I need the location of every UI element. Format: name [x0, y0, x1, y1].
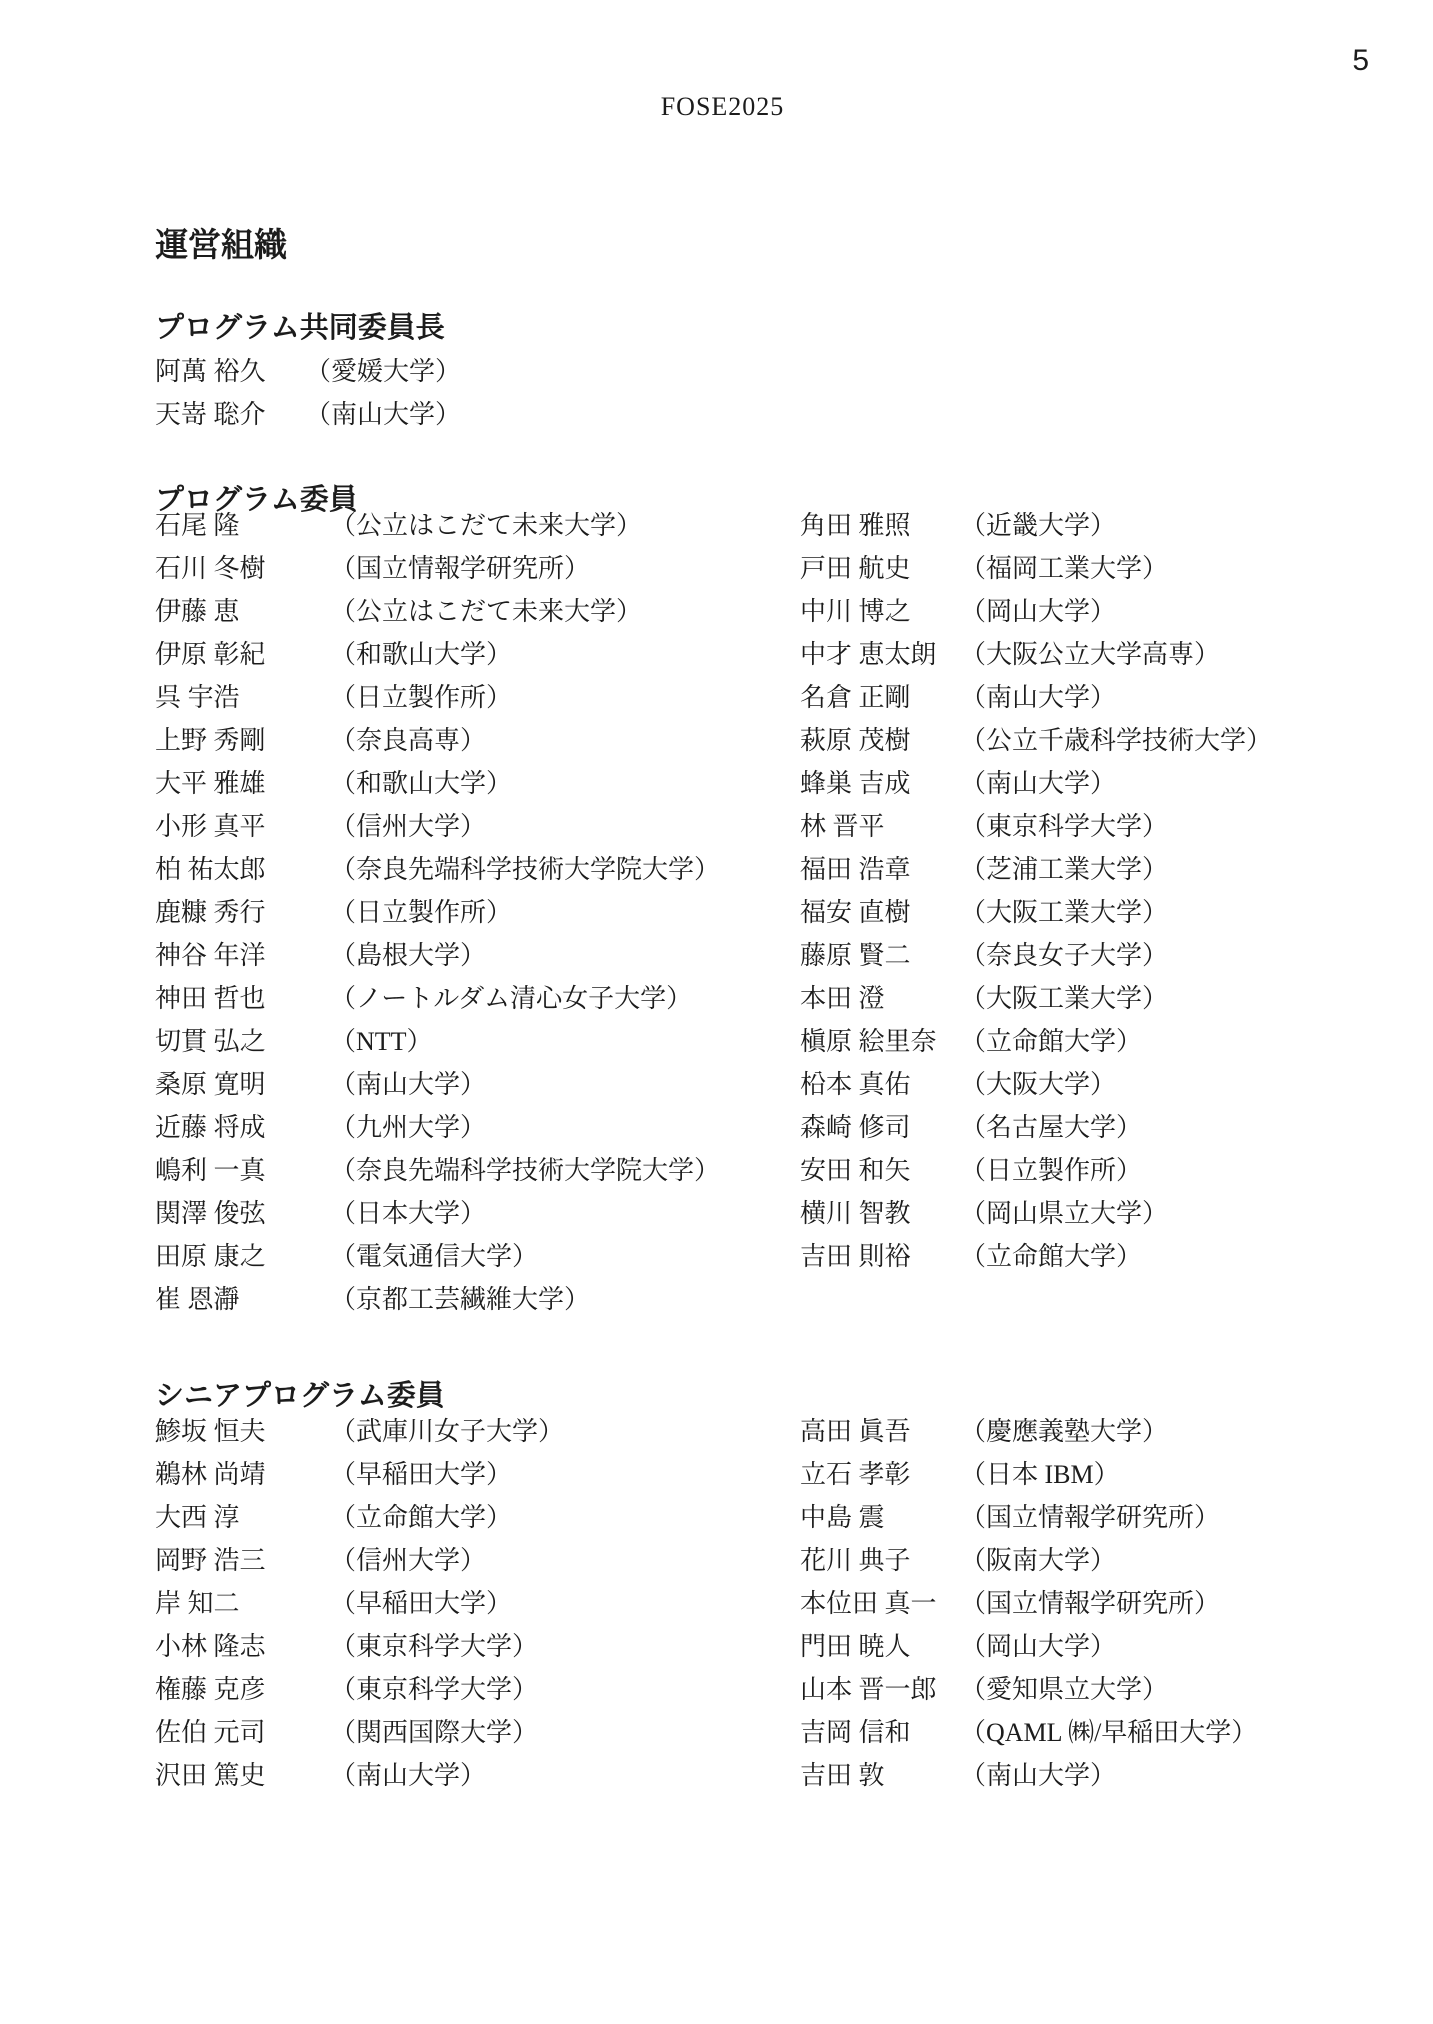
member-row: 角田 雅照（近畿大学） [800, 504, 1272, 547]
member-row: 中島 震（国立情報学研究所） [800, 1496, 1257, 1539]
member-name: 本田 澄 [800, 977, 960, 1020]
member-affiliation: （和歌山大学） [330, 762, 512, 805]
member-affiliation: （信州大学） [330, 1539, 486, 1582]
member-affiliation: （東京科学大学） [330, 1625, 538, 1668]
member-affiliation: （日本大学） [330, 1192, 486, 1235]
member-affiliation: （公立はこだて未来大学） [330, 590, 642, 633]
member-affiliation: （ノートルダム清心女子大学） [330, 977, 692, 1020]
member-affiliation: （奈良先端科学技術大学院大学） [330, 848, 720, 891]
member-row: 蜂巣 吉成（南山大学） [800, 762, 1272, 805]
member-affiliation: （早稲田大学） [330, 1582, 512, 1625]
member-affiliation: （電気通信大学） [330, 1235, 538, 1278]
member-row: 桑原 寛明（南山大学） [155, 1063, 720, 1106]
member-row: 佐伯 元司（関西国際大学） [155, 1711, 564, 1754]
member-row: 花川 典子（阪南大学） [800, 1539, 1257, 1582]
member-name: 横川 智教 [800, 1192, 960, 1235]
member-name: 柗本 真佑 [800, 1063, 960, 1106]
member-row: 柏 祐太郎（奈良先端科学技術大学院大学） [155, 848, 720, 891]
member-name: 呉 宇浩 [155, 676, 330, 719]
member-affiliation: （奈良女子大学） [960, 934, 1168, 977]
member-name: 岡野 浩三 [155, 1539, 330, 1582]
member-affiliation: （福岡工業大学） [960, 547, 1168, 590]
member-affiliation: （岡山大学） [960, 590, 1116, 633]
member-name: 上野 秀剛 [155, 719, 330, 762]
member-row: 吉田 則裕（立命館大学） [800, 1235, 1272, 1278]
member-name: 伊原 彰紀 [155, 633, 330, 676]
member-row: 本位田 真一（国立情報学研究所） [800, 1582, 1257, 1625]
member-name: 神谷 年洋 [155, 934, 330, 977]
member-row: 福田 浩章（芝浦工業大学） [800, 848, 1272, 891]
member-name: 中川 博之 [800, 590, 960, 633]
member-name: 角田 雅照 [800, 504, 960, 547]
member-name: 吉田 則裕 [800, 1235, 960, 1278]
member-row: 石尾 隆（公立はこだて未来大学） [155, 504, 720, 547]
member-row: 中才 恵太朗（大阪公立大学高専） [800, 633, 1272, 676]
member-row: 藤原 賢二（奈良女子大学） [800, 934, 1272, 977]
member-row: 本田 澄（大阪工業大学） [800, 977, 1272, 1020]
member-affiliation: （日本 IBM） [960, 1453, 1120, 1496]
member-affiliation: （岡山大学） [960, 1625, 1116, 1668]
member-row: 神田 哲也（ノートルダム清心女子大学） [155, 977, 720, 1020]
member-name: 槇原 絵里奈 [800, 1020, 960, 1063]
member-row: 関澤 俊弦（日本大学） [155, 1192, 720, 1235]
member-row: 林 晋平（東京科学大学） [800, 805, 1272, 848]
member-row: 福安 直樹（大阪工業大学） [800, 891, 1272, 934]
member-row: 横川 智教（岡山県立大学） [800, 1192, 1272, 1235]
member-row: 槇原 絵里奈（立命館大学） [800, 1020, 1272, 1063]
member-affiliation: （信州大学） [330, 805, 486, 848]
member-affiliation: （公立千歳科学技術大学） [960, 719, 1272, 762]
member-name: 阿萬 裕久 [155, 350, 305, 393]
member-name: 小林 隆志 [155, 1625, 330, 1668]
member-affiliation: （NTT） [330, 1020, 433, 1063]
member-row: 鯵坂 恒夫（武庫川女子大学） [155, 1410, 564, 1453]
member-affiliation: （日立製作所） [960, 1149, 1142, 1192]
member-row: 沢田 篤史（南山大学） [155, 1754, 564, 1797]
member-name: 吉田 敦 [800, 1754, 960, 1797]
member-row: 中川 博之（岡山大学） [800, 590, 1272, 633]
member-row: 田原 康之（電気通信大学） [155, 1235, 720, 1278]
member-affiliation: （日立製作所） [330, 676, 512, 719]
member-row: 大平 雅雄（和歌山大学） [155, 762, 720, 805]
section-heading-senior-program-committee: シニアプログラム委員 [155, 1382, 445, 1411]
member-name: 福安 直樹 [800, 891, 960, 934]
member-affiliation: （島根大学） [330, 934, 486, 977]
member-name: 蜂巣 吉成 [800, 762, 960, 805]
document-page: 5 FOSE2025 運営組織 プログラム共同委員長 阿萬 裕久（愛媛大学）天嵜… [0, 0, 1433, 2024]
member-row: 石川 冬樹（国立情報学研究所） [155, 547, 720, 590]
member-name: 神田 哲也 [155, 977, 330, 1020]
program-co-chairs-list: 阿萬 裕久（愛媛大学）天嵜 聡介（南山大学） [155, 350, 461, 436]
member-affiliation: （東京科学大学） [330, 1668, 538, 1711]
member-row: 柗本 真佑（大阪大学） [800, 1063, 1272, 1106]
member-name: 本位田 真一 [800, 1582, 960, 1625]
page-title: 運営組織 [155, 228, 287, 261]
member-name: 鹿糠 秀行 [155, 891, 330, 934]
member-row: 伊藤 恵（公立はこだて未来大学） [155, 590, 720, 633]
member-name: 嶋利 一真 [155, 1149, 330, 1192]
member-affiliation: （京都工芸繊維大学） [330, 1278, 590, 1321]
member-affiliation: （慶應義塾大学） [960, 1410, 1168, 1453]
senior-program-committee-right-column: 高田 眞吾（慶應義塾大学）立石 孝彰（日本 IBM）中島 震（国立情報学研究所）… [800, 1410, 1257, 1797]
member-name: 切貫 弘之 [155, 1020, 330, 1063]
member-name: 萩原 茂樹 [800, 719, 960, 762]
member-affiliation: （早稲田大学） [330, 1453, 512, 1496]
member-affiliation: （南山大学） [960, 1754, 1116, 1797]
member-name: 関澤 俊弦 [155, 1192, 330, 1235]
member-affiliation: （南山大学） [330, 1063, 486, 1106]
member-row: 名倉 正剛（南山大学） [800, 676, 1272, 719]
member-affiliation: （QAML ㈱/早稲田大学） [960, 1711, 1257, 1754]
member-affiliation: （大阪工業大学） [960, 977, 1168, 1020]
member-row: 吉岡 信和（QAML ㈱/早稲田大学） [800, 1711, 1257, 1754]
member-affiliation: （大阪大学） [960, 1063, 1116, 1106]
member-affiliation: （立命館大学） [330, 1496, 512, 1539]
member-row: 岡野 浩三（信州大学） [155, 1539, 564, 1582]
member-affiliation: （武庫川女子大学） [330, 1410, 564, 1453]
member-row: 戸田 航史（福岡工業大学） [800, 547, 1272, 590]
member-row: 上野 秀剛（奈良高専） [155, 719, 720, 762]
member-name: 門田 暁人 [800, 1625, 960, 1668]
member-name: 天嵜 聡介 [155, 393, 305, 436]
member-affiliation: （名古屋大学） [960, 1106, 1142, 1149]
member-affiliation: （奈良高専） [330, 719, 486, 762]
member-affiliation: （国立情報学研究所） [330, 547, 590, 590]
member-affiliation: （阪南大学） [960, 1539, 1116, 1582]
member-row: 崔 恩瀞（京都工芸繊維大学） [155, 1278, 720, 1321]
member-name: 沢田 篤史 [155, 1754, 330, 1797]
member-affiliation: （大阪工業大学） [960, 891, 1168, 934]
member-name: 安田 和矢 [800, 1149, 960, 1192]
member-affiliation: （東京科学大学） [960, 805, 1168, 848]
member-name: 鵜林 尚靖 [155, 1453, 330, 1496]
member-name: 権藤 克彦 [155, 1668, 330, 1711]
member-row: 岸 知二（早稲田大学） [155, 1582, 564, 1625]
program-committee-right-column: 角田 雅照（近畿大学）戸田 航史（福岡工業大学）中川 博之（岡山大学）中才 恵太… [800, 504, 1272, 1278]
member-name: 林 晋平 [800, 805, 960, 848]
member-row: 吉田 敦（南山大学） [800, 1754, 1257, 1797]
member-row: 切貫 弘之（NTT） [155, 1020, 720, 1063]
member-row: 門田 暁人（岡山大学） [800, 1625, 1257, 1668]
member-name: 崔 恩瀞 [155, 1278, 330, 1321]
member-affiliation: （国立情報学研究所） [960, 1582, 1220, 1625]
member-affiliation: （国立情報学研究所） [960, 1496, 1220, 1539]
member-row: 小林 隆志（東京科学大学） [155, 1625, 564, 1668]
member-affiliation: （関西国際大学） [330, 1711, 538, 1754]
member-affiliation: （岡山県立大学） [960, 1192, 1168, 1235]
member-row: 高田 眞吾（慶應義塾大学） [800, 1410, 1257, 1453]
member-name: 伊藤 恵 [155, 590, 330, 633]
member-affiliation: （南山大学） [960, 762, 1116, 805]
member-name: 山本 晋一郎 [800, 1668, 960, 1711]
member-name: 中島 震 [800, 1496, 960, 1539]
member-name: 中才 恵太朗 [800, 633, 960, 676]
member-row: 天嵜 聡介（南山大学） [155, 393, 461, 436]
member-name: 石川 冬樹 [155, 547, 330, 590]
member-affiliation: （大阪公立大学高専） [960, 633, 1220, 676]
member-name: 近藤 将成 [155, 1106, 330, 1149]
member-row: 呉 宇浩（日立製作所） [155, 676, 720, 719]
member-row: 鹿糠 秀行（日立製作所） [155, 891, 720, 934]
member-name: 小形 真平 [155, 805, 330, 848]
member-name: 高田 眞吾 [800, 1410, 960, 1453]
member-name: 田原 康之 [155, 1235, 330, 1278]
member-row: 阿萬 裕久（愛媛大学） [155, 350, 461, 393]
member-row: 神谷 年洋（島根大学） [155, 934, 720, 977]
member-name: 福田 浩章 [800, 848, 960, 891]
member-row: 小形 真平（信州大学） [155, 805, 720, 848]
member-name: 柏 祐太郎 [155, 848, 330, 891]
member-name: 佐伯 元司 [155, 1711, 330, 1754]
member-affiliation: （南山大学） [330, 1754, 486, 1797]
member-name: 大西 淳 [155, 1496, 330, 1539]
member-name: 森崎 修司 [800, 1106, 960, 1149]
member-row: 権藤 克彦（東京科学大学） [155, 1668, 564, 1711]
member-row: 近藤 将成（九州大学） [155, 1106, 720, 1149]
member-row: 立石 孝彰（日本 IBM） [800, 1453, 1257, 1496]
member-affiliation: （日立製作所） [330, 891, 512, 934]
member-affiliation: （愛知県立大学） [960, 1668, 1168, 1711]
member-affiliation: （芝浦工業大学） [960, 848, 1168, 891]
member-affiliation: （奈良先端科学技術大学院大学） [330, 1149, 720, 1192]
program-committee-left-column: 石尾 隆（公立はこだて未来大学）石川 冬樹（国立情報学研究所）伊藤 恵（公立はこ… [155, 504, 720, 1321]
member-name: 名倉 正剛 [800, 676, 960, 719]
member-affiliation: （和歌山大学） [330, 633, 512, 676]
member-name: 鯵坂 恒夫 [155, 1410, 330, 1453]
member-affiliation: （九州大学） [330, 1106, 486, 1149]
member-row: 森崎 修司（名古屋大学） [800, 1106, 1272, 1149]
member-row: 大西 淳（立命館大学） [155, 1496, 564, 1539]
member-name: 戸田 航史 [800, 547, 960, 590]
member-row: 安田 和矢（日立製作所） [800, 1149, 1272, 1192]
member-name: 花川 典子 [800, 1539, 960, 1582]
member-affiliation: （南山大学） [960, 676, 1116, 719]
member-affiliation: （立命館大学） [960, 1235, 1142, 1278]
member-row: 萩原 茂樹（公立千歳科学技術大学） [800, 719, 1272, 762]
member-name: 石尾 隆 [155, 504, 330, 547]
senior-program-committee-left-column: 鯵坂 恒夫（武庫川女子大学）鵜林 尚靖（早稲田大学）大西 淳（立命館大学）岡野 … [155, 1410, 564, 1797]
member-affiliation: （公立はこだて未来大学） [330, 504, 642, 547]
section-heading-program-co-chairs: プログラム共同委員長 [155, 314, 445, 343]
member-row: 山本 晋一郎（愛知県立大学） [800, 1668, 1257, 1711]
member-name: 岸 知二 [155, 1582, 330, 1625]
member-affiliation: （愛媛大学） [305, 350, 461, 393]
member-affiliation: （立命館大学） [960, 1020, 1142, 1063]
member-row: 伊原 彰紀（和歌山大学） [155, 633, 720, 676]
member-name: 立石 孝彰 [800, 1453, 960, 1496]
page-number: 5 [1352, 46, 1369, 76]
member-name: 藤原 賢二 [800, 934, 960, 977]
member-affiliation: （南山大学） [305, 393, 461, 436]
member-name: 吉岡 信和 [800, 1711, 960, 1754]
member-name: 桑原 寛明 [155, 1063, 330, 1106]
member-row: 鵜林 尚靖（早稲田大学） [155, 1453, 564, 1496]
member-name: 大平 雅雄 [155, 762, 330, 805]
member-row: 嶋利 一真（奈良先端科学技術大学院大学） [155, 1149, 720, 1192]
running-head: FOSE2025 [155, 94, 1290, 120]
member-affiliation: （近畿大学） [960, 504, 1116, 547]
